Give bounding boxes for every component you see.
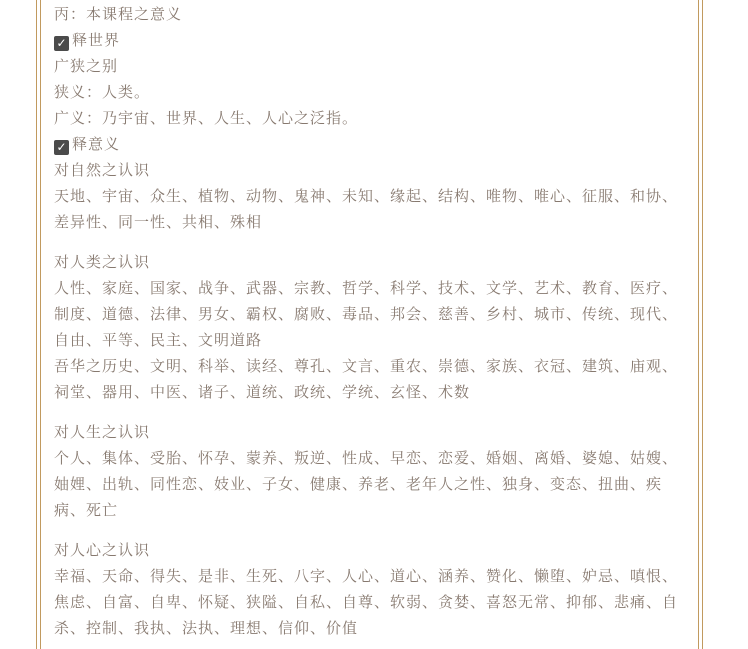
text-line: 个人、集体、受胎、怀孕、蒙养、叛逆、性成、早恋、恋爱、婚姻、离婚、婆媳、姑嫂、妯…	[54, 446, 686, 524]
text-line: 广义：乃宇宙、世界、人生、人心之泛指。	[54, 106, 686, 132]
text-line: 对自然之认识	[54, 158, 686, 184]
text-line: 狭义：人类。	[54, 80, 686, 106]
text-line: 广狭之别	[54, 54, 686, 80]
text-line: 对人心之认识	[54, 538, 686, 564]
article-body: 丙：本课程之意义✓释世界广狭之别狭义：人类。广义：乃宇宙、世界、人生、人心之泛指…	[40, 0, 699, 649]
article-frame: 丙：本课程之意义✓释世界广狭之别狭义：人类。广义：乃宇宙、世界、人生、人心之泛指…	[36, 0, 703, 649]
section-spacer	[54, 406, 686, 420]
section-spacer	[54, 524, 686, 538]
text-line: 天地、宇宙、众生、植物、动物、鬼神、未知、缘起、结构、唯物、唯心、征服、和协、差…	[54, 184, 686, 236]
text-line: 对人生之认识	[54, 420, 686, 446]
checkbox-label: 释意义	[72, 136, 120, 153]
section-spacer	[54, 236, 686, 250]
checked-checkbox[interactable]: ✓	[54, 36, 69, 51]
text-line: 人性、家庭、国家、战争、武器、宗教、哲学、科学、技术、文学、艺术、教育、医疗、制…	[54, 276, 686, 354]
text-line: 吾华之历史、文明、科举、读经、尊孔、文言、重农、崇德、家族、衣冠、建筑、庙观、祠…	[54, 354, 686, 406]
text-line: ✓释意义	[54, 132, 686, 158]
checkbox-label: 释世界	[72, 32, 120, 49]
checked-checkbox[interactable]: ✓	[54, 140, 69, 155]
text-line: 幸福、天命、得失、是非、生死、八字、人心、道心、涵养、赞化、懒堕、妒忌、嗔恨、焦…	[54, 564, 686, 642]
text-line: ✓释世界	[54, 28, 686, 54]
text-line: 对人类之认识	[54, 250, 686, 276]
text-line: 丙：本课程之意义	[54, 2, 686, 28]
